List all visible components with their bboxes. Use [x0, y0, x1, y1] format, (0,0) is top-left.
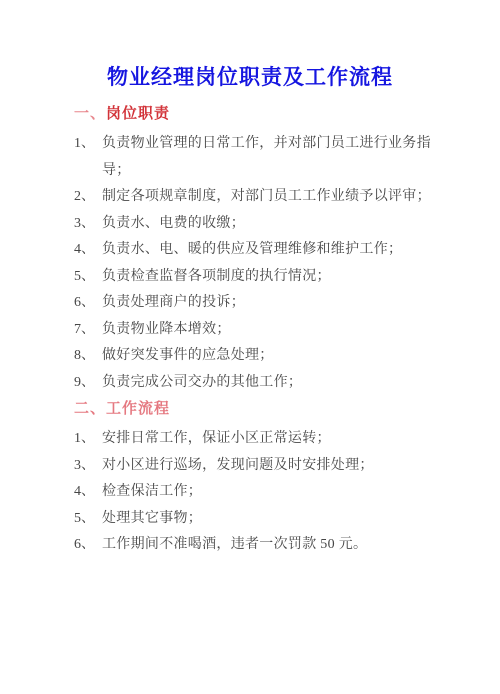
- item-text: 工作期间不准喝酒，违者一次罚款 50 元。: [102, 532, 442, 559]
- list-item: 4、 检查保洁工作；: [74, 479, 442, 506]
- item-text: 做好突发事件的应急处理；: [102, 343, 442, 370]
- item-text: 制定各项规章制度，对部门员工工作业绩予以评审；: [102, 184, 442, 211]
- list-item: 5、 处理其它事物；: [74, 506, 442, 533]
- list-item: 8、 做好突发事件的应急处理；: [74, 343, 442, 370]
- item-text: 负责物业管理的日常工作，并对部门员工进行业务指导；: [102, 131, 442, 184]
- list-item: 5、 负责检查监督各项制度的执行情况；: [74, 264, 442, 291]
- item-number: 8、: [74, 343, 95, 370]
- item-number: 9、: [74, 370, 95, 397]
- section-number: 一、: [74, 106, 106, 122]
- list-item: 3、 负责水、电费的收缴；: [74, 211, 442, 238]
- list-item: 3、 对小区进行巡场，发现问题及时安排处理；: [74, 453, 442, 480]
- item-text: 对小区进行巡场，发现问题及时安排处理；: [102, 453, 442, 480]
- item-text: 负责物业降本增效；: [102, 317, 442, 344]
- item-number: 4、: [74, 237, 95, 264]
- item-number: 7、: [74, 317, 95, 344]
- item-number: 6、: [74, 290, 95, 317]
- item-number: 5、: [74, 264, 95, 291]
- item-text: 负责水、电、暖的供应及管理维修和维护工作；: [102, 237, 442, 264]
- list-item: 1、 安排日常工作，保证小区正常运转；: [74, 426, 442, 453]
- list-item: 7、 负责物业降本增效；: [74, 317, 442, 344]
- section-title: 工作流程: [106, 401, 170, 417]
- workflow-list: 1、 安排日常工作，保证小区正常运转； 3、 对小区进行巡场，发现问题及时安排处…: [74, 426, 442, 559]
- document-page: 物业经理岗位职责及工作流程 一、岗位职责 1、 负责物业管理的日常工作，并对部门…: [0, 0, 500, 694]
- item-text: 检查保洁工作；: [102, 479, 442, 506]
- item-text: 负责检查监督各项制度的执行情况；: [102, 264, 442, 291]
- section-heading-duties: 一、岗位职责: [74, 104, 442, 125]
- item-text: 安排日常工作，保证小区正常运转；: [102, 426, 442, 453]
- item-number: 1、: [74, 131, 95, 158]
- item-number: 3、: [74, 211, 95, 238]
- list-item: 6、 负责处理商户的投诉；: [74, 290, 442, 317]
- section-number: 二、: [74, 401, 106, 417]
- item-number: 6、: [74, 532, 95, 559]
- list-item: 2、 制定各项规章制度，对部门员工工作业绩予以评审；: [74, 184, 442, 211]
- list-item: 9、 负责完成公司交办的其他工作；: [74, 370, 442, 397]
- item-number: 1、: [74, 426, 95, 453]
- section-heading-workflow: 二、工作流程: [74, 399, 442, 420]
- item-text: 负责水、电费的收缴；: [102, 211, 442, 238]
- item-number: 2、: [74, 184, 95, 211]
- item-text: 处理其它事物；: [102, 506, 442, 533]
- item-number: 3、: [74, 453, 95, 480]
- document-title: 物业经理岗位职责及工作流程: [0, 0, 500, 91]
- section-title: 岗位职责: [106, 106, 170, 122]
- item-number: 4、: [74, 479, 95, 506]
- list-item: 6、 工作期间不准喝酒，违者一次罚款 50 元。: [74, 532, 442, 559]
- item-text: 负责完成公司交办的其他工作；: [102, 370, 442, 397]
- document-content: 一、岗位职责 1、 负责物业管理的日常工作，并对部门员工进行业务指导； 2、 制…: [74, 104, 442, 559]
- item-number: 5、: [74, 506, 95, 533]
- list-item: 4、 负责水、电、暖的供应及管理维修和维护工作；: [74, 237, 442, 264]
- duties-list: 1、 负责物业管理的日常工作，并对部门员工进行业务指导； 2、 制定各项规章制度…: [74, 131, 442, 396]
- item-text: 负责处理商户的投诉；: [102, 290, 442, 317]
- list-item: 1、 负责物业管理的日常工作，并对部门员工进行业务指导；: [74, 131, 442, 184]
